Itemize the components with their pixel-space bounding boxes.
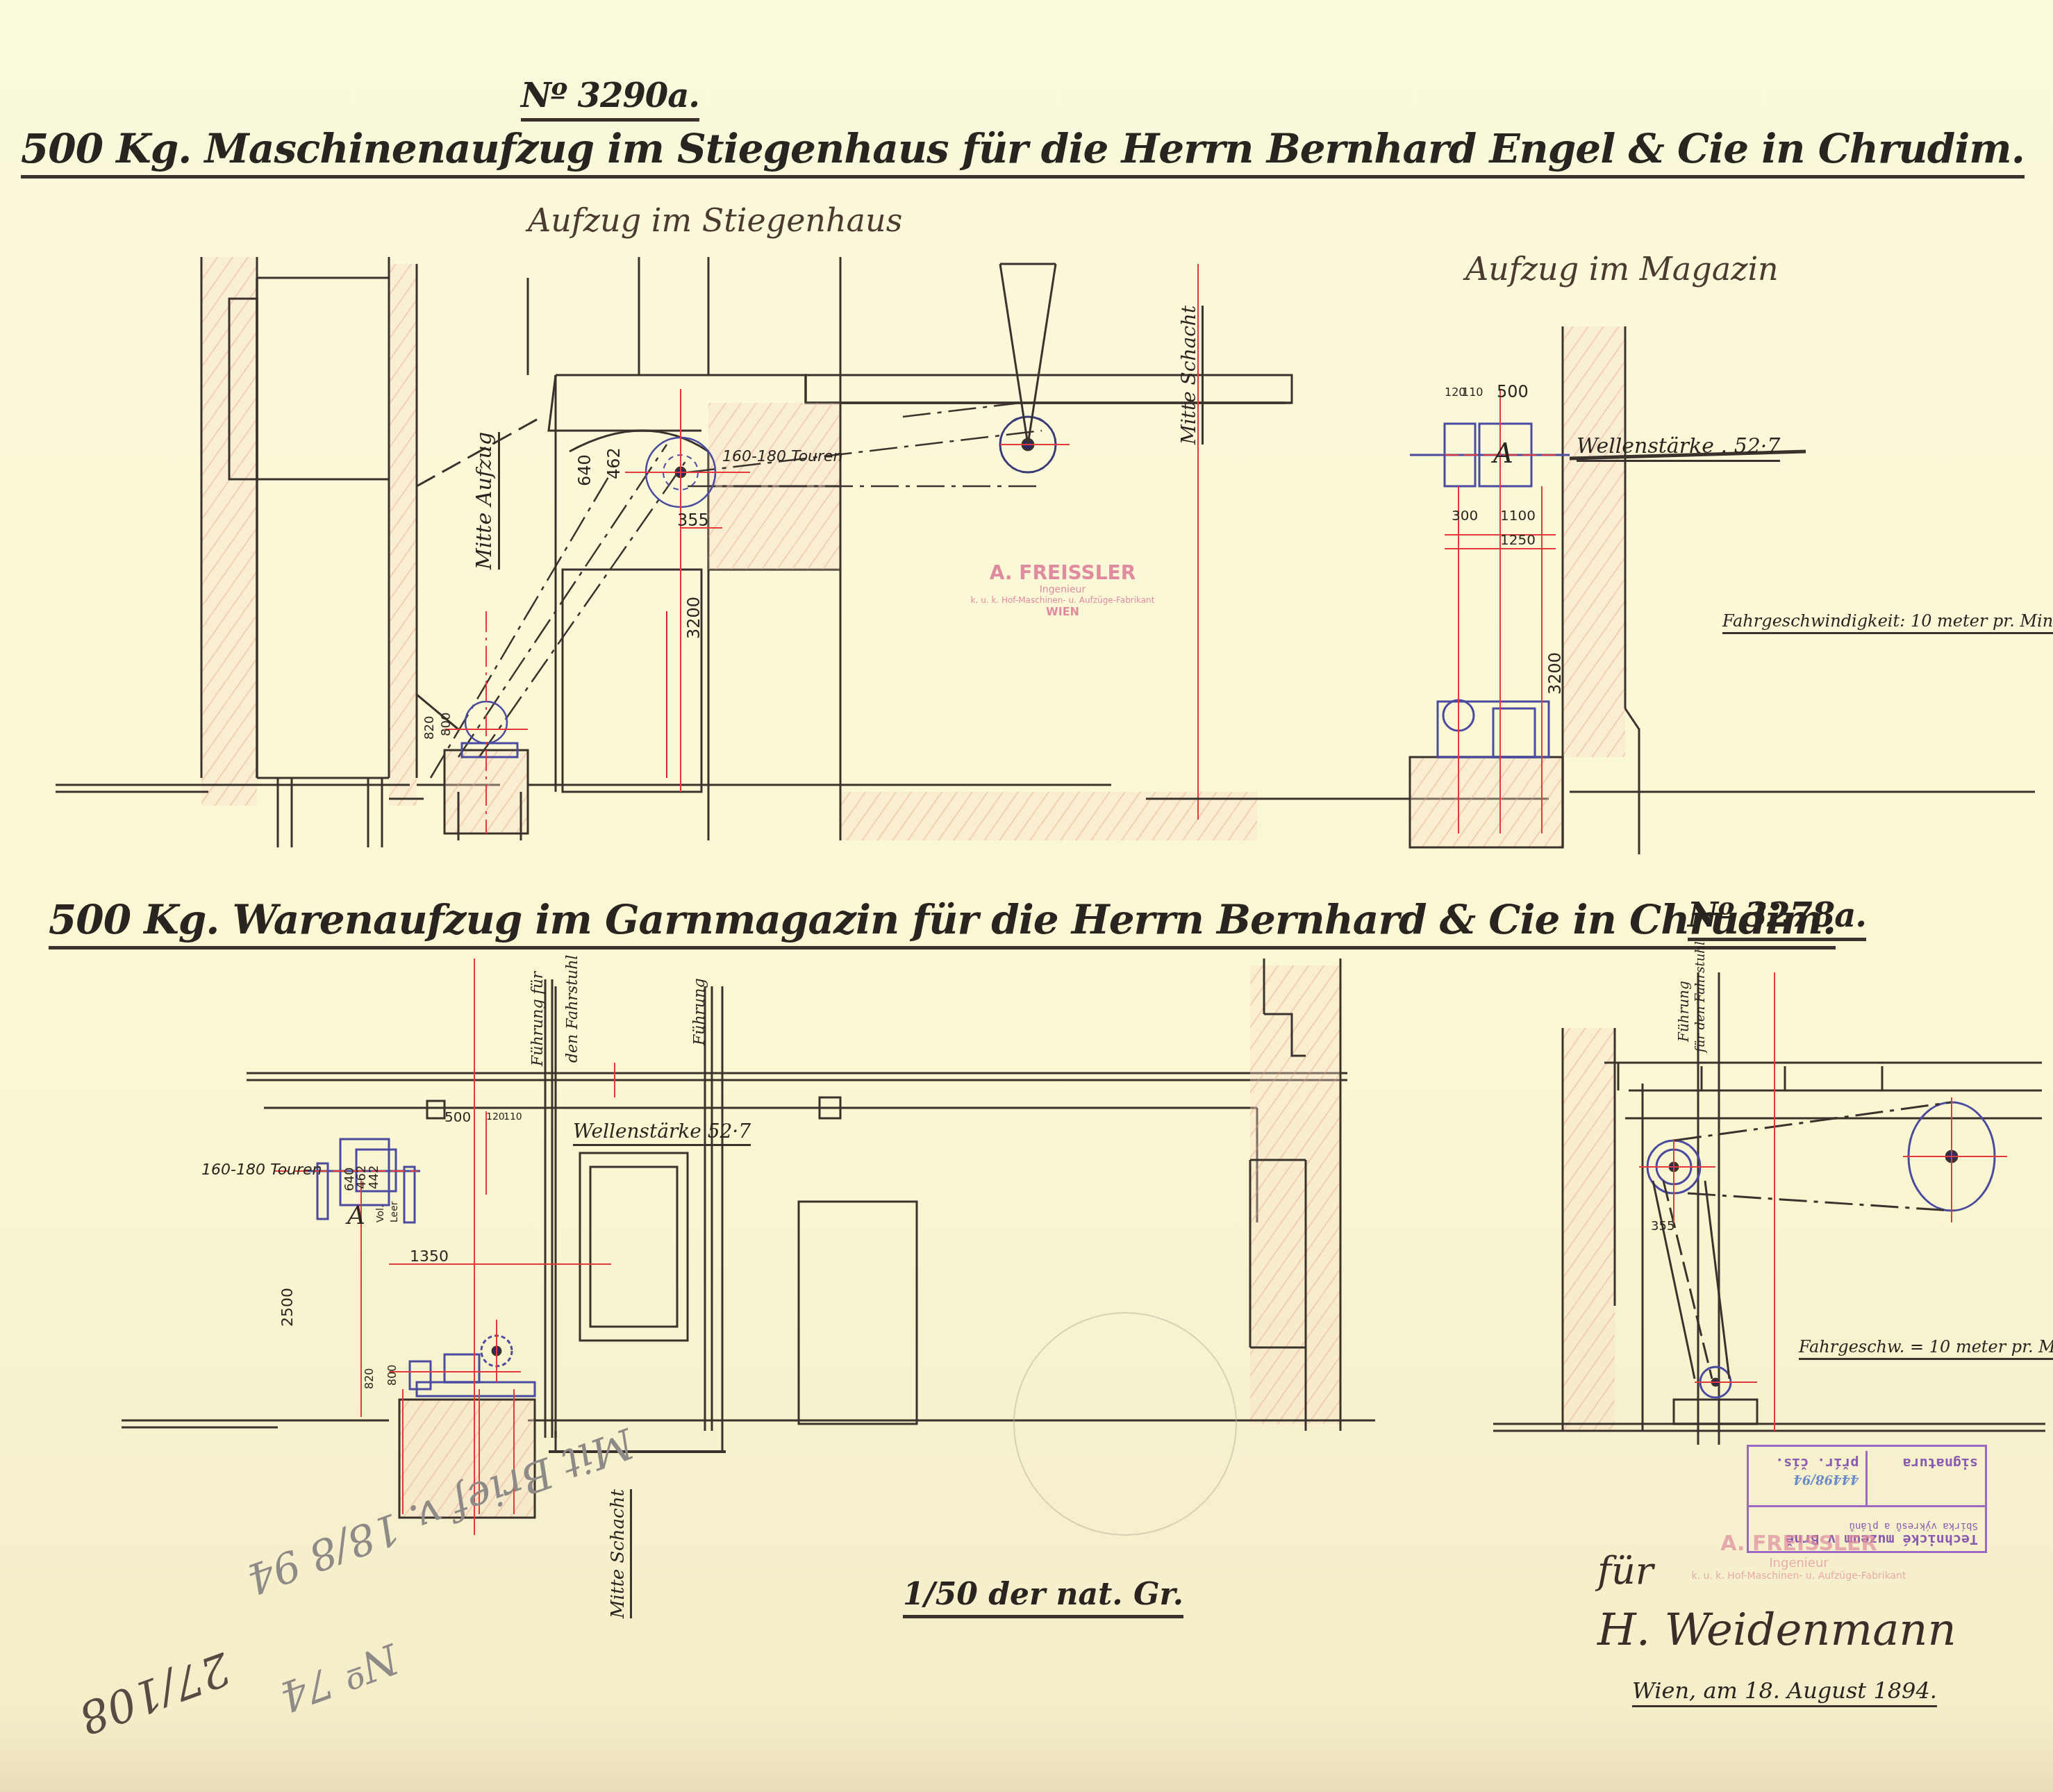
dim-2500: 2500 [279,1288,297,1327]
label-fuehrung-right: Führung [1675,981,1692,1042]
label-touren-2: 160-180 Touren [201,1161,322,1179]
dim-1100: 1100 [1500,507,1536,524]
dim-820: 820 [422,716,437,740]
museum-stamp-signatura: signatura [1868,1451,1986,1505]
museum-stamp-line2: Sbírka výkresů a plánů [1756,1520,1978,1532]
freissler-stamp-name: A. FREISSLER [903,561,1222,584]
scale-note: 1/50 der nat. Gr. [903,1577,1183,1618]
freissler-stamp-2-name: A. FREISSLER [1653,1532,1945,1556]
museum-accession-label: přír. čís. [1775,1455,1859,1472]
label-wellenstaerke-2: Wellenstärke 52·7 [573,1120,751,1146]
dim-355: 355 [677,511,709,530]
view-label-stiegenhaus: Aufzug im Stiegenhaus [528,201,902,239]
dim-110-2: 110 [504,1111,522,1122]
freissler-stamp-2-line3: k. u. k. Hof-Maschinen- u. Aufzüge-Fabri… [1653,1570,1945,1582]
freissler-stamp-2-line2: Ingenieur [1653,1556,1945,1570]
freissler-stamp-2: A. FREISSLER Ingenieur k. u. k. Hof-Masc… [1653,1532,1945,1582]
dim-3200-left: 3200 [684,597,704,639]
dim-120-2: 120 [486,1111,505,1122]
label-mitte-schacht-2: Mitte Schacht [608,1489,632,1618]
signature-prefix: für [1597,1549,1654,1593]
dim-800: 800 [439,713,454,736]
view-label-magazin: Aufzug im Magazin [1465,250,1779,288]
machine-mark-a-1: A [1493,438,1513,470]
stiegenhaus-elevation [56,257,1292,847]
drawing-1-number: Nº 3290a. [521,76,699,122]
freissler-stamp-line3: k. u. k. Hof-Maschinen- u. Aufzüge-Fabri… [903,595,1222,605]
label-wellenstaerke-1: Wellenstärke . 52·7 [1577,434,1780,462]
right-elevation-2 [1493,972,2045,1445]
signature: H. Weidenmann [1597,1604,1956,1656]
label-fuehrung-fuer: Führung für [529,972,547,1066]
drawing-2-title: 500 Kg. Warenaufzug im Garnmagazin für d… [49,896,1836,949]
dim-800-2: 800 [385,1364,399,1386]
dim-500: 500 [1497,382,1529,401]
label-fuehrung: Führung [691,978,708,1045]
dim-355-2: 355 [1651,1219,1674,1234]
museum-accession-number: 44498/94 [1793,1472,1859,1486]
garnmagazin-elevation [122,959,1375,1518]
place-date: Wien, am 18. August 1894. [1632,1677,1937,1707]
freissler-stamp: A. FREISSLER Ingenieur k. u. k. Hof-Masc… [903,561,1222,618]
dim-1350: 1350 [410,1248,449,1266]
label-den-fahrstuhl: den Fahrstuhl [564,955,581,1063]
dim-300: 300 [1452,507,1478,524]
label-touren-1: 160-180 Touren [722,448,843,465]
drawing-1-title: 500 Kg. Maschinenaufzug im Stiegenhaus f… [21,125,2025,179]
dim-442-2: 442 [367,1165,381,1189]
dim-110: 110 [1462,385,1483,399]
machine-mark-a-2: A [347,1202,365,1230]
dim-462: 462 [604,447,624,479]
label-mitte-schacht: Mitte Schacht [1177,306,1204,445]
label-fahrgeschw-2: Fahrgeschw. = 10 meter pr. Min. [1799,1337,2053,1360]
label-fahrgeschwindigkeit: Fahrgeschwindigkeit: 10 meter pr. Min. [1722,611,2053,634]
note-leer: Leer [389,1201,400,1222]
label-mitte-aufzug: Mitte Aufzug [472,432,500,570]
dim-3200-right: 3200 [1545,652,1565,695]
dim-640: 640 [575,454,595,486]
note-vol: Vol. [375,1205,386,1222]
label-fuer-den-fahrstuhl-right: für den Fahrstuhl [1693,941,1708,1052]
drawing-2-number: Nº 3278a. [1688,896,1866,941]
dim-820-2: 820 [363,1368,376,1389]
freissler-stamp-line2: Ingenieur [903,584,1222,595]
magazin-elevation [1146,326,2035,854]
freissler-stamp-line4: WIEN [903,605,1222,618]
museum-stamp-accession: 44498/94 přír. čís. [1749,1451,1868,1505]
dim-1250: 1250 [1500,531,1536,548]
dim-500-2: 500 [444,1109,471,1125]
